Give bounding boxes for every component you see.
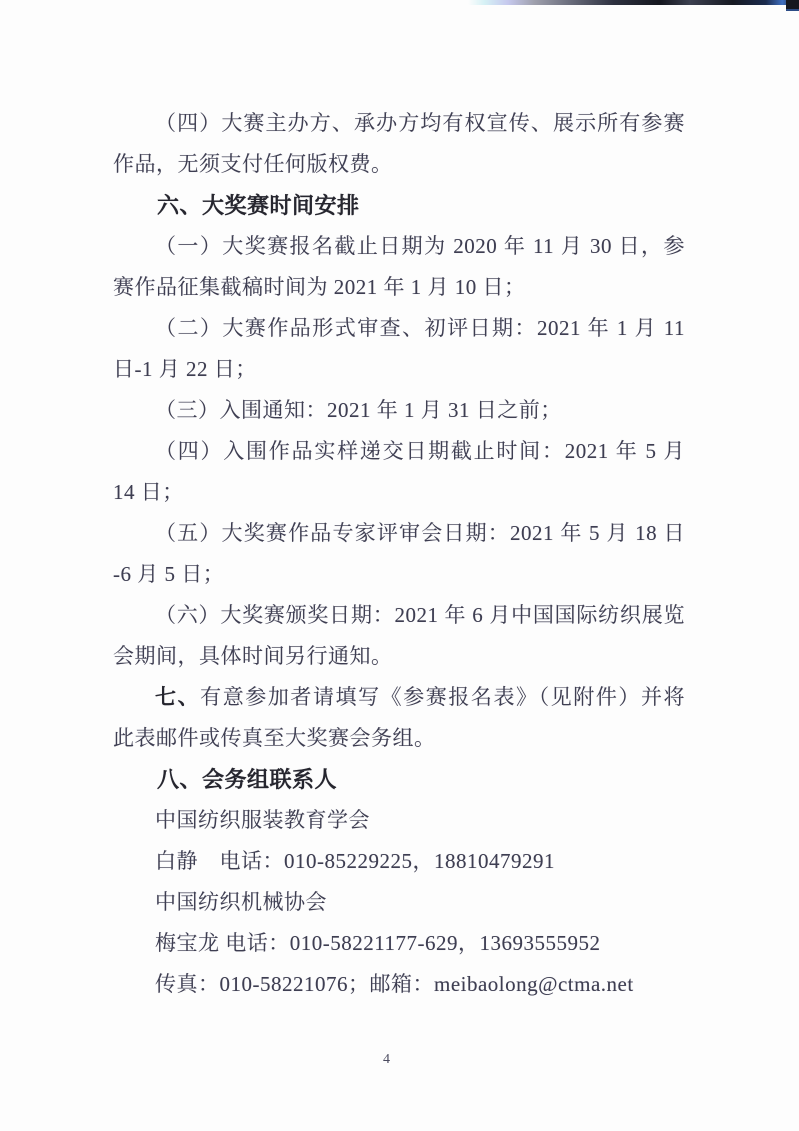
text-line: （四）大赛主办方、承办方均有权宣传、展示所有参赛	[113, 103, 685, 144]
text-line: （四）入围作品实样递交日期截止时间：2021 年 5 月	[113, 431, 685, 472]
bold-section-prefix: 七、	[155, 686, 200, 709]
text-line: 中国纺织机械协会	[113, 882, 685, 923]
text-line: 梅宝龙 电话：010-58221177-629，13693555952	[113, 923, 685, 964]
text-line: （六）大奖赛颁奖日期：2021 年 6 月中国国际纺织展览	[113, 595, 685, 636]
text-line: （三）入围通知：2021 年 1 月 31 日之前；	[113, 390, 685, 431]
page-footer: 4	[0, 1050, 786, 1068]
text-line: 传真：010-58221076；邮箱：meibaolong@ctma.net	[113, 964, 685, 1005]
text-line: 赛作品征集截稿时间为 2021 年 1 月 10 日；	[113, 267, 685, 308]
scanner-edge-corner	[786, 0, 799, 11]
text-line: （二）大赛作品形式审查、初评日期：2021 年 1 月 11	[113, 308, 685, 349]
section-heading: 八、会务组联系人	[113, 759, 685, 800]
text-line: 会期间，具体时间另行通知。	[113, 636, 685, 677]
scanner-edge-artifact	[468, 0, 799, 5]
text-line: 白静 电话：010-85229225，18810479291	[113, 841, 685, 882]
text-line: 日-1 月 22 日；	[113, 349, 685, 390]
text-line: 作品，无须支付任何版权费。	[113, 144, 685, 185]
document-page: （四）大赛主办方、承办方均有权宣传、展示所有参赛作品，无须支付任何版权费。六、大…	[0, 0, 799, 1131]
section-heading: 六、大奖赛时间安排	[113, 185, 685, 226]
text-line: 此表邮件或传真至大奖赛会务组。	[113, 718, 685, 759]
text-line: -6 月 5 日；	[113, 554, 685, 595]
text-line: 中国纺织服装教育学会	[113, 800, 685, 841]
text-line: 七、有意参加者请填写《参赛报名表》（见附件）并将	[113, 677, 685, 718]
document-body: （四）大赛主办方、承办方均有权宣传、展示所有参赛作品，无须支付任何版权费。六、大…	[113, 103, 685, 1005]
page-number: 4	[383, 1052, 390, 1067]
text-line: （五）大奖赛作品专家评审会日期：2021 年 5 月 18 日	[113, 513, 685, 554]
text-line: 14 日；	[113, 472, 685, 513]
text-line: （一）大奖赛报名截止日期为 2020 年 11 月 30 日，参	[113, 226, 685, 267]
